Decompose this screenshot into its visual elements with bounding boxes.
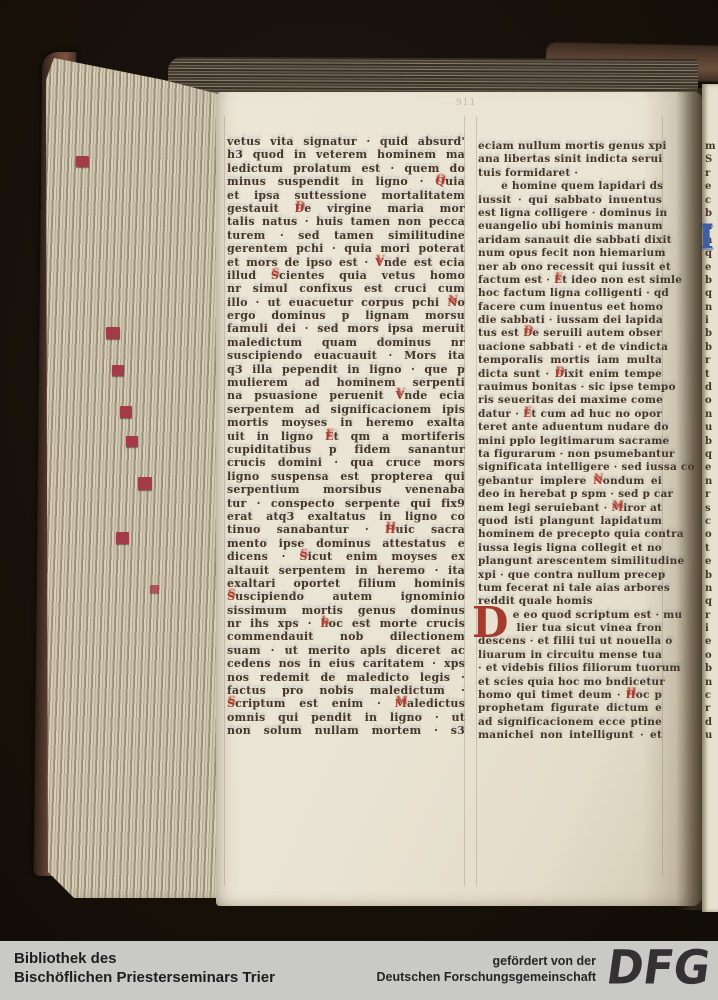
footer-bar: Bibliothek des Bischöflichen Priestersem… [0, 941, 718, 1000]
manuscript-line: vetus vita signatur · quid absurd' [227, 135, 465, 148]
manuscript-line: talis natus · huis tamen non pecca [227, 215, 465, 228]
manuscript-line: u [705, 729, 718, 742]
manuscript-line: q [705, 448, 718, 461]
manuscript-line: t [705, 368, 718, 381]
rubricated-drop-initial: D [472, 602, 508, 644]
manuscript-line: iussa legis ligna collegit et no [478, 542, 662, 555]
manuscript-line: tus est De seruili autem obser [478, 327, 662, 340]
manuscript-line: tur · conspecto serpente qui fix9 [227, 497, 465, 510]
manuscript-line: non solum nullam mortem · s3 [227, 724, 465, 737]
manuscript-line: maledictum quam dominus nr [227, 336, 465, 349]
manuscript-line: mulierem ad hominem serpenti [227, 376, 465, 389]
manuscript-line: r [705, 354, 718, 367]
library-name-line1: Bibliothek des [14, 949, 275, 968]
manuscript-line: eciam nullum mortis genus xpi [478, 140, 662, 153]
manuscript-line: gebantur implere Nondum ei [478, 475, 662, 488]
manuscript-line: et mors de ipso est · Vnde est ecia [227, 256, 465, 269]
manuscript-line: q [705, 287, 718, 300]
manuscript-line: n [705, 475, 718, 488]
manuscript-line: c [705, 689, 718, 702]
manuscript-line: b [705, 435, 718, 448]
manuscript-line: e [705, 555, 718, 568]
manuscript-line: uacione sabbati · et de vindicta [478, 341, 662, 354]
manuscript-line: exaltari oportet filium hominis [227, 577, 465, 590]
manuscript-line: turem · sed tamen similitudine [227, 229, 465, 242]
library-name-line2: Bischöflichen Priesterseminars Trier [14, 968, 275, 987]
manuscript-line: d [705, 716, 718, 729]
manuscript-line: tuis formidaret · [478, 167, 662, 180]
manuscript-line: tinuo sanabantur · Huic sacra [227, 523, 465, 536]
manuscript-line: et ipsa suttessione mortalitatem [227, 189, 465, 202]
manuscript-line: u [705, 421, 718, 434]
manuscript-line: num opus fecit non hiemarium [478, 247, 662, 260]
manuscript-line: iussit · qui sabbato inuentus [478, 194, 662, 207]
manuscript-line: o [705, 649, 718, 662]
manuscript-line: c [705, 194, 718, 207]
manuscript-line: suam · ut merito apls diceret ac [227, 644, 465, 657]
funding-credit-line1: gefördert von der [377, 953, 597, 969]
manuscript-line: cedens nos in eius caritatem · xps [227, 657, 465, 670]
manuscript-line: ergo dominus p lignam morsu [227, 309, 465, 322]
manuscript-line: die sabbati · iussam dei lapida [478, 314, 662, 327]
manuscript-line: i [705, 622, 718, 635]
bookmark-tab [76, 156, 89, 167]
text-column-2: eciam nullum mortis genus xpiana liberta… [478, 140, 662, 743]
manuscript-line: b [705, 569, 718, 582]
manuscript-line: r [705, 609, 718, 622]
manuscript-line: gestauit De virgine maria mor [227, 202, 465, 215]
folio-mark: 911 [456, 98, 476, 108]
manuscript-line: nr simul confixus est cruci cum [227, 282, 465, 295]
ruling-line [224, 116, 225, 886]
manuscript-line: · et videbis filios filiorum tuorum [478, 662, 662, 675]
manuscript-line: ner ab ono recessit qui iussit et [478, 261, 662, 274]
bookmark-tab [120, 406, 132, 418]
dfg-funding-credit: gefördert von der Deutschen Forschungsge… [377, 953, 597, 985]
manuscript-line: plangunt arescentem similitudine [478, 555, 662, 568]
manuscript-line: factum est · Et ideo non est simle [478, 274, 662, 287]
manuscript-line: s [705, 502, 718, 515]
manuscript-line: e [705, 461, 718, 474]
manuscript-line: ledictum prolatum est · quem do [227, 162, 465, 175]
manuscript-line: hominem de precepto quia contra [478, 528, 662, 541]
manuscript-line: m [705, 140, 718, 153]
manuscript-line: ligno suspensa est propterea qui [227, 470, 465, 483]
manuscript-line: r [705, 488, 718, 501]
manuscript-line: hoc factum ligna colligenti · qd [478, 287, 662, 300]
manuscript-line: S [705, 153, 718, 166]
dfg-logo: DFG [603, 940, 714, 995]
manuscript-line: mortis moyses in heremo exalta [227, 416, 465, 429]
manuscript-line: ta figurarum · non psumebantur [478, 448, 662, 461]
book-photograph: 911 vetus vita signatur · quid absurd'h3… [0, 0, 718, 941]
manuscript-line: nos redemit de maledicto legis · [227, 671, 465, 684]
funding-credit-line2: Deutschen Forschungsgemeinschaft [377, 969, 597, 985]
manuscript-line: Scriptum est enim · Maledictus [227, 697, 465, 710]
manuscript-line: ad significacionem ecce ptine [478, 716, 662, 729]
manuscript-line: suscipiendo euacuauit · Mors ita [227, 349, 465, 362]
manuscript-line: famuli dei · sed mors ipsa meruit [227, 322, 465, 335]
bookmark-tab [138, 477, 152, 490]
manuscript-line: i [705, 314, 718, 327]
manuscript-line: b [705, 327, 718, 340]
gutter-shadow [676, 88, 704, 910]
manuscript-line: omnis qui pendit in ligno · ut [227, 711, 465, 724]
manuscript-line: b [705, 274, 718, 287]
library-attribution: Bibliothek des Bischöflichen Priestersem… [14, 949, 275, 987]
manuscript-line: e homine quem lapidari ds [478, 180, 662, 193]
manuscript-line: dicta sunt · Dixit enim tempe [478, 368, 662, 381]
manuscript-line: teret ante aduentum nudare do [478, 421, 662, 434]
manuscript-line: est ligna colligere · dominus in [478, 207, 662, 220]
manuscript-line: e [705, 635, 718, 648]
manuscript-page: 911 vetus vita signatur · quid absurd'h3… [216, 92, 702, 906]
manuscript-line: dicens · Sicut enim moyses ex [227, 550, 465, 563]
manuscript-line: factus pro nobis maledictum · [227, 684, 465, 697]
manuscript-line: c [705, 515, 718, 528]
manuscript-line: n [705, 582, 718, 595]
manuscript-line: n [705, 301, 718, 314]
ruling-line [476, 116, 477, 886]
manuscript-line: n [705, 676, 718, 689]
manuscript-line: q [705, 595, 718, 608]
manuscript-line: d [705, 381, 718, 394]
manuscript-line: temporalis mortis iam multa [478, 354, 662, 367]
manuscript-line: aridam sanauit die sabbati dixit [478, 234, 662, 247]
manuscript-line: altauit serpentem in heremo · ita [227, 564, 465, 577]
manuscript-line: b [705, 662, 718, 675]
manuscript-line: tum fecerat ni tale aias arbores [478, 582, 662, 595]
manuscript-line: commendauit nob dilectionem [227, 630, 465, 643]
bookmark-tab [150, 585, 159, 593]
manuscript-line: facere cum inuentus eet homo [478, 301, 662, 314]
bookmark-tab [112, 365, 124, 376]
manuscript-line: illo · ut euacuetur corpus pchi No [227, 296, 465, 309]
manuscript-line: xpi · que contra nullum precep [478, 569, 662, 582]
manuscript-line: ris seueritas dei maxime come [478, 394, 662, 407]
manuscript-line: homo qui timet deum · Hoc p [478, 689, 662, 702]
bookmark-tab [116, 532, 129, 544]
manuscript-line: deo in herebat p spm · sed p car [478, 488, 662, 501]
manuscript-line: crucis domini · qua cruce mors [227, 456, 465, 469]
manuscript-line: r [705, 167, 718, 180]
manuscript-line: t [705, 542, 718, 555]
bookmark-tab [106, 327, 120, 339]
manuscript-line: nr ihs xps · hoc est morte crucis [227, 617, 465, 630]
manuscript-line: minus suspendit in ligno · Quia [227, 175, 465, 188]
manuscript-line: mini pplo legitimarum sacrame [478, 435, 662, 448]
manuscript-line: prophetam figurate dictum e [478, 702, 662, 715]
manuscript-line: q3 illa pependit in ligno · que p [227, 363, 465, 376]
manuscript-line: r [705, 702, 718, 715]
manuscript-line: datur · Et cum ad huc no opor [478, 408, 662, 421]
manuscript-line: erat atq3 exaltatus in ligno co [227, 510, 465, 523]
manuscript-line: significata intelligere · sed iussa co [478, 461, 662, 474]
manuscript-line: o [705, 528, 718, 541]
manuscript-line: cupiditatibus p fidem sanantur [227, 443, 465, 456]
manuscript-line: rauimus bonitas · sic ipse tempo [478, 381, 662, 394]
manuscript-line: quod isti plangunt lapidatum [478, 515, 662, 528]
manuscript-line: manichei non intelligunt · et [478, 729, 662, 742]
manuscript-line: b [705, 341, 718, 354]
bookmark-tab [126, 436, 138, 447]
manuscript-line: na psuasione peruenit Vnde ecia [227, 389, 465, 402]
manuscript-line: liuarum in circuitu mense tua [478, 649, 662, 662]
manuscript-line: serpentem ad significacionem ipis [227, 403, 465, 416]
manuscript-line: mento ipse dominus attestatus e [227, 537, 465, 550]
manuscript-line: serpentium morsibus venenaba [227, 483, 465, 496]
manuscript-line: sissimum mortis genus dominus [227, 604, 465, 617]
manuscript-line: nem legi seruiebant · Miror at [478, 502, 662, 515]
manuscript-line: o [705, 394, 718, 407]
facing-page-sliver: mSrecbunqebqnibbrtdonubqenrscotebnqrieob… [702, 84, 718, 912]
manuscript-line: ana libertas sinit indicta serui [478, 153, 662, 166]
manuscript-line: e [705, 261, 718, 274]
manuscript-line: n [705, 408, 718, 421]
manuscript-line: gerentem pchi · quia mori poterat [227, 242, 465, 255]
manuscript-line: Suscipiendo autem ignominio [227, 590, 465, 603]
facing-page-blue-initial: I [702, 220, 714, 254]
manuscript-line: e [705, 180, 718, 193]
manuscript-line: et scies quia hoc mo bndicetur [478, 676, 662, 689]
text-column-1: vetus vita signatur · quid absurd'h3 quo… [227, 135, 465, 738]
manuscript-line: illud Scientes quia vetus homo [227, 269, 465, 282]
manuscript-line: uit in ligno Et qm a mortiferis [227, 430, 465, 443]
manuscript-line: euangelio ubi hominis manum [478, 220, 662, 233]
manuscript-line: h3 quod in veterem hominem ma [227, 148, 465, 161]
